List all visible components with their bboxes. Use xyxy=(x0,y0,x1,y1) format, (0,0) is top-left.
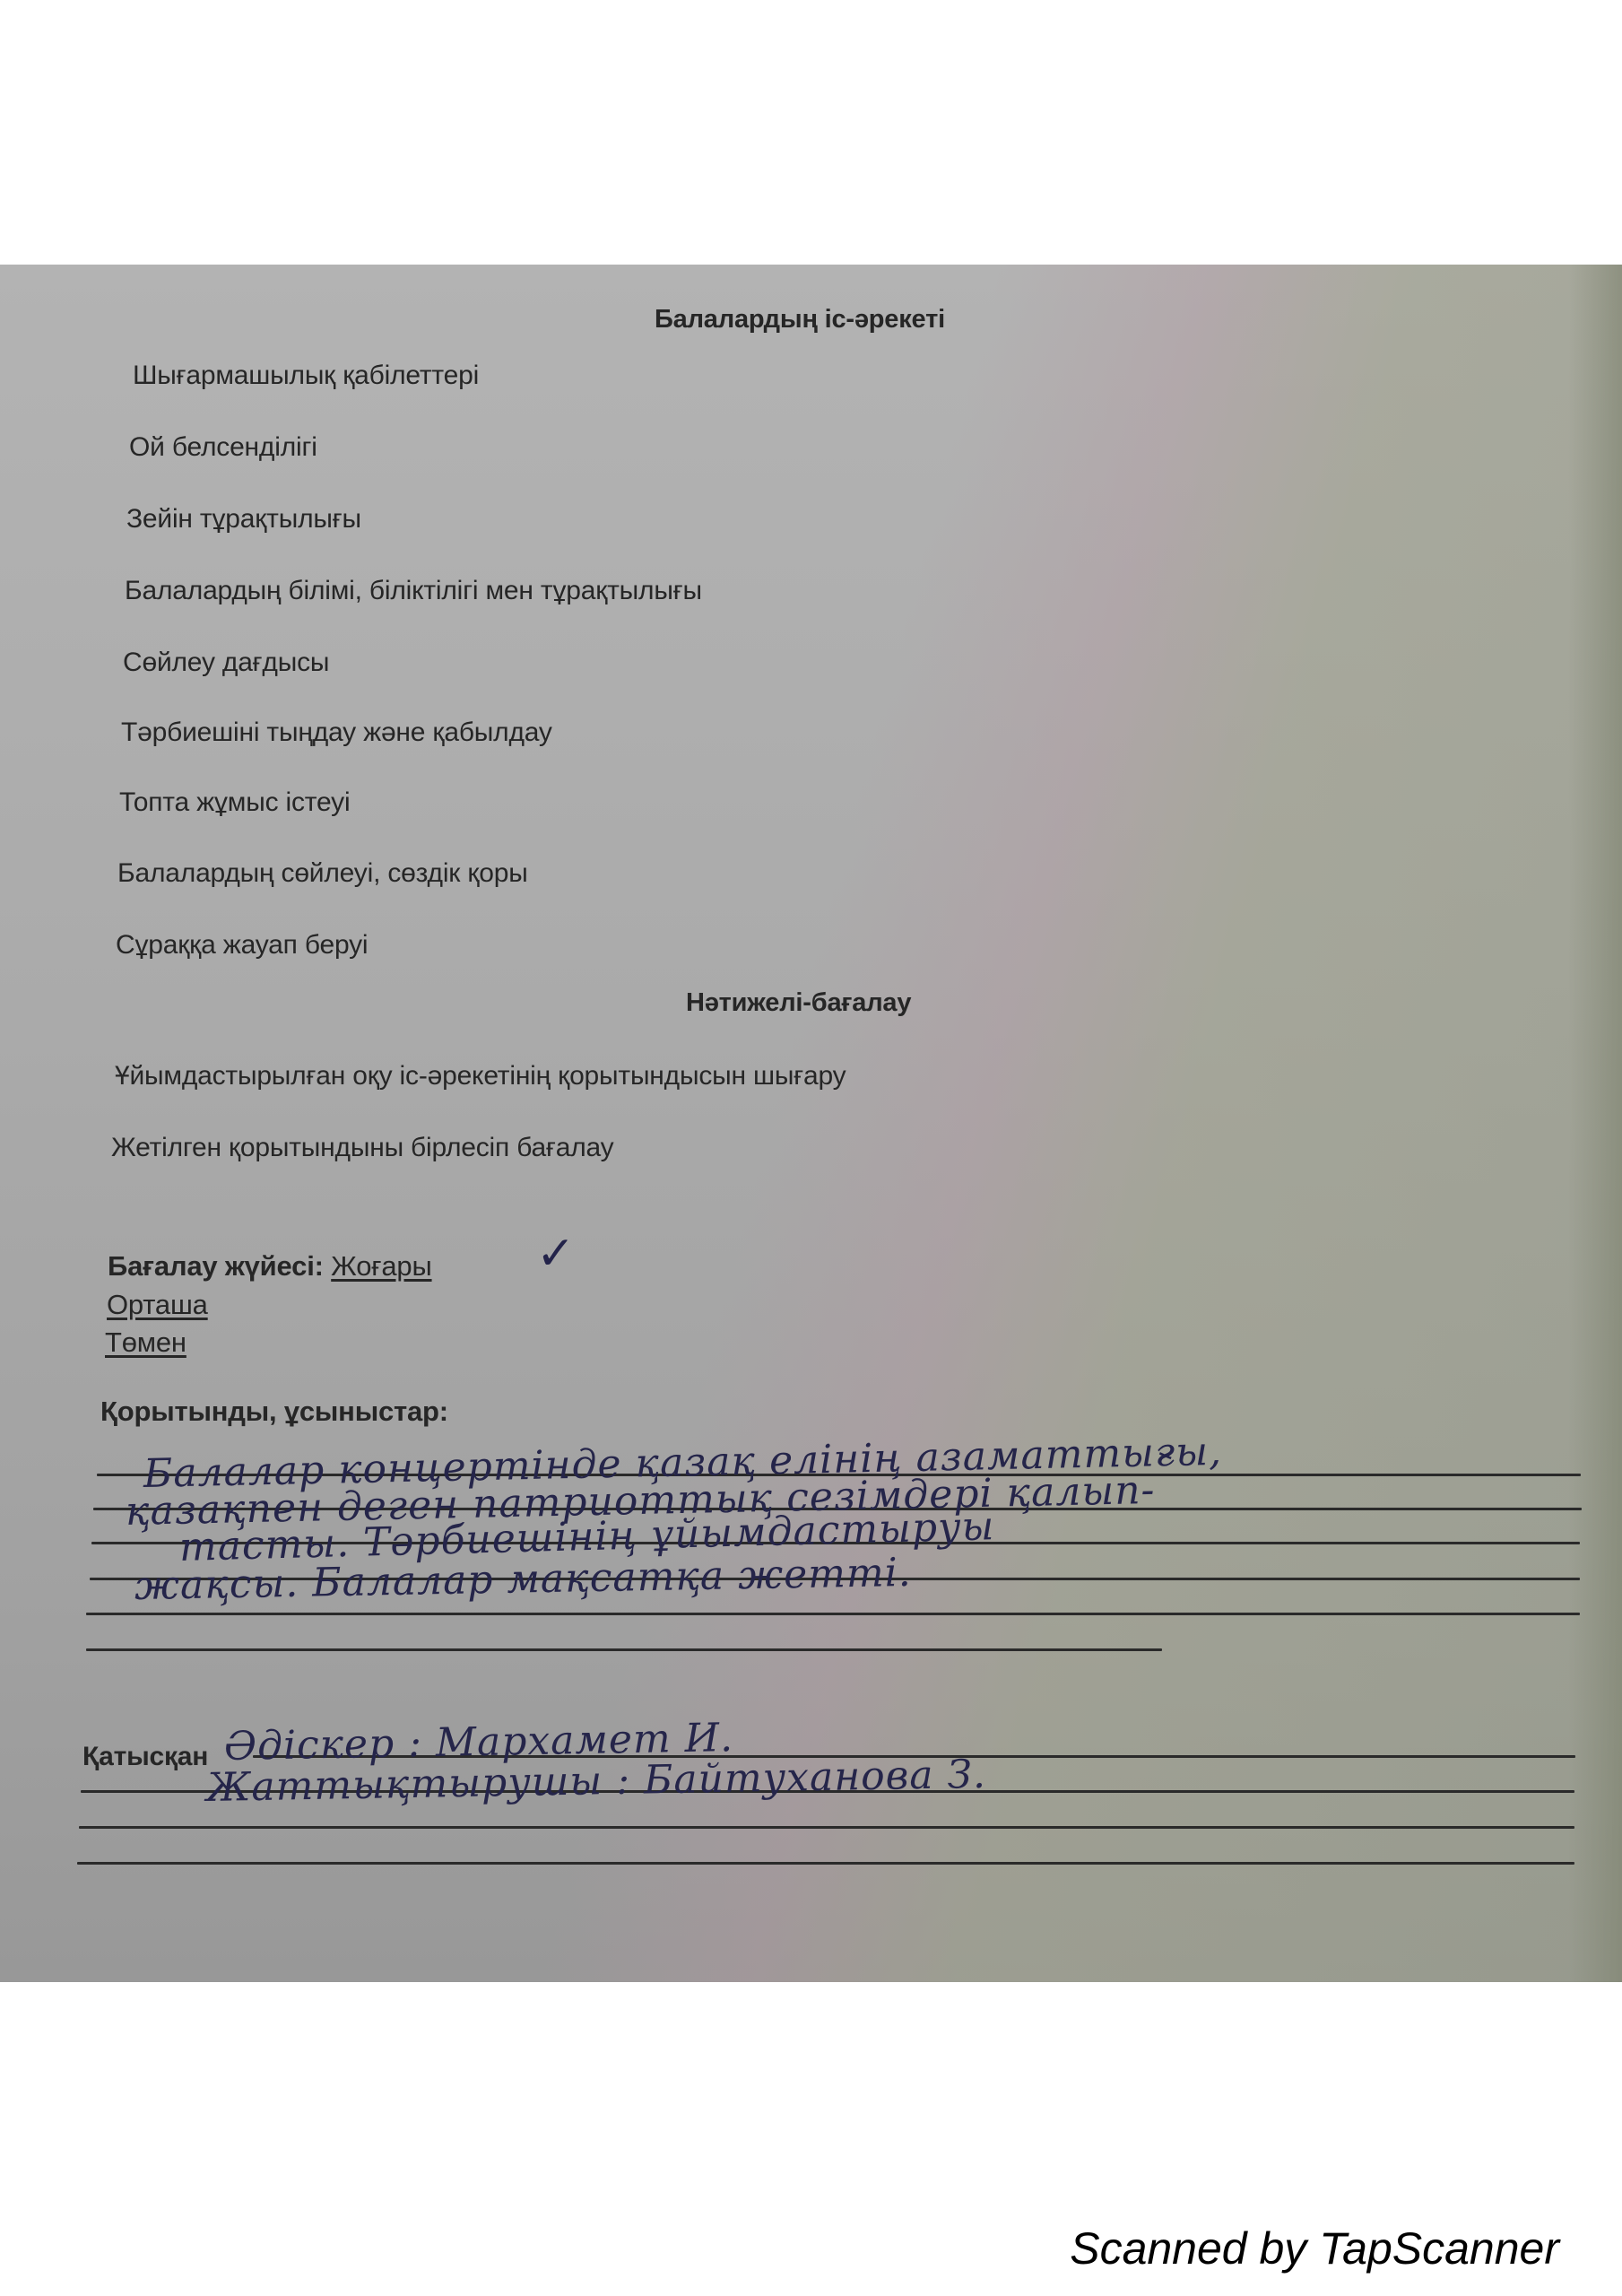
activity-criterion: Тәрбиешіні тыңдау және қабылдау xyxy=(121,717,552,748)
activity-criterion: Балалардың білімі, біліктілігі мен тұрақ… xyxy=(125,576,702,606)
result-item: Жетілген қорытындыны бірлесіп бағалау xyxy=(111,1133,613,1163)
grading-option-medium[interactable]: Орташа xyxy=(107,1289,208,1321)
activity-criterion: Ой белсенділігі xyxy=(129,432,317,463)
ruled-line xyxy=(86,1613,1580,1615)
ruled-line xyxy=(79,1826,1574,1829)
conclusions-label: Қорытынды, ұсыныстар: xyxy=(100,1396,448,1428)
result-item: Ұйымдастырылған оқу іс-әрекетінің қорыты… xyxy=(115,1061,846,1091)
activity-criterion: Шығармашылық қабілеттері xyxy=(133,361,479,391)
section-title-result: Нәтижелі-бағалау xyxy=(686,988,911,1018)
activity-criterion: Зейін тұрақтылығы xyxy=(126,504,361,535)
activity-criterion: Топта жұмыс істеуі xyxy=(119,787,350,818)
ruled-line xyxy=(86,1648,1162,1651)
scanner-watermark: Scanned by TapScanner xyxy=(1070,2222,1559,2274)
participants-label: Қатысқан xyxy=(82,1742,208,1772)
activity-criterion: Балалардың сөйлеуі, сөздік қоры xyxy=(117,858,528,889)
grading-label: Бағалау жүйесі: xyxy=(108,1250,324,1282)
section-title-activity: Балалардың іс-әрекеті xyxy=(655,305,945,335)
ruled-line xyxy=(77,1862,1574,1865)
grading-row: Бағалау жүйесі: Жоғары xyxy=(108,1250,432,1283)
check-mark-icon: ✓ xyxy=(536,1227,576,1281)
page-shadow xyxy=(1568,265,1622,1982)
grading-option-high[interactable]: Жоғары xyxy=(331,1250,431,1282)
activity-criterion: Сөйлеу дағдысы xyxy=(123,648,329,678)
grading-option-low[interactable]: Төмен xyxy=(105,1326,186,1359)
activity-criterion: Сұраққа жауап беруі xyxy=(116,930,368,961)
